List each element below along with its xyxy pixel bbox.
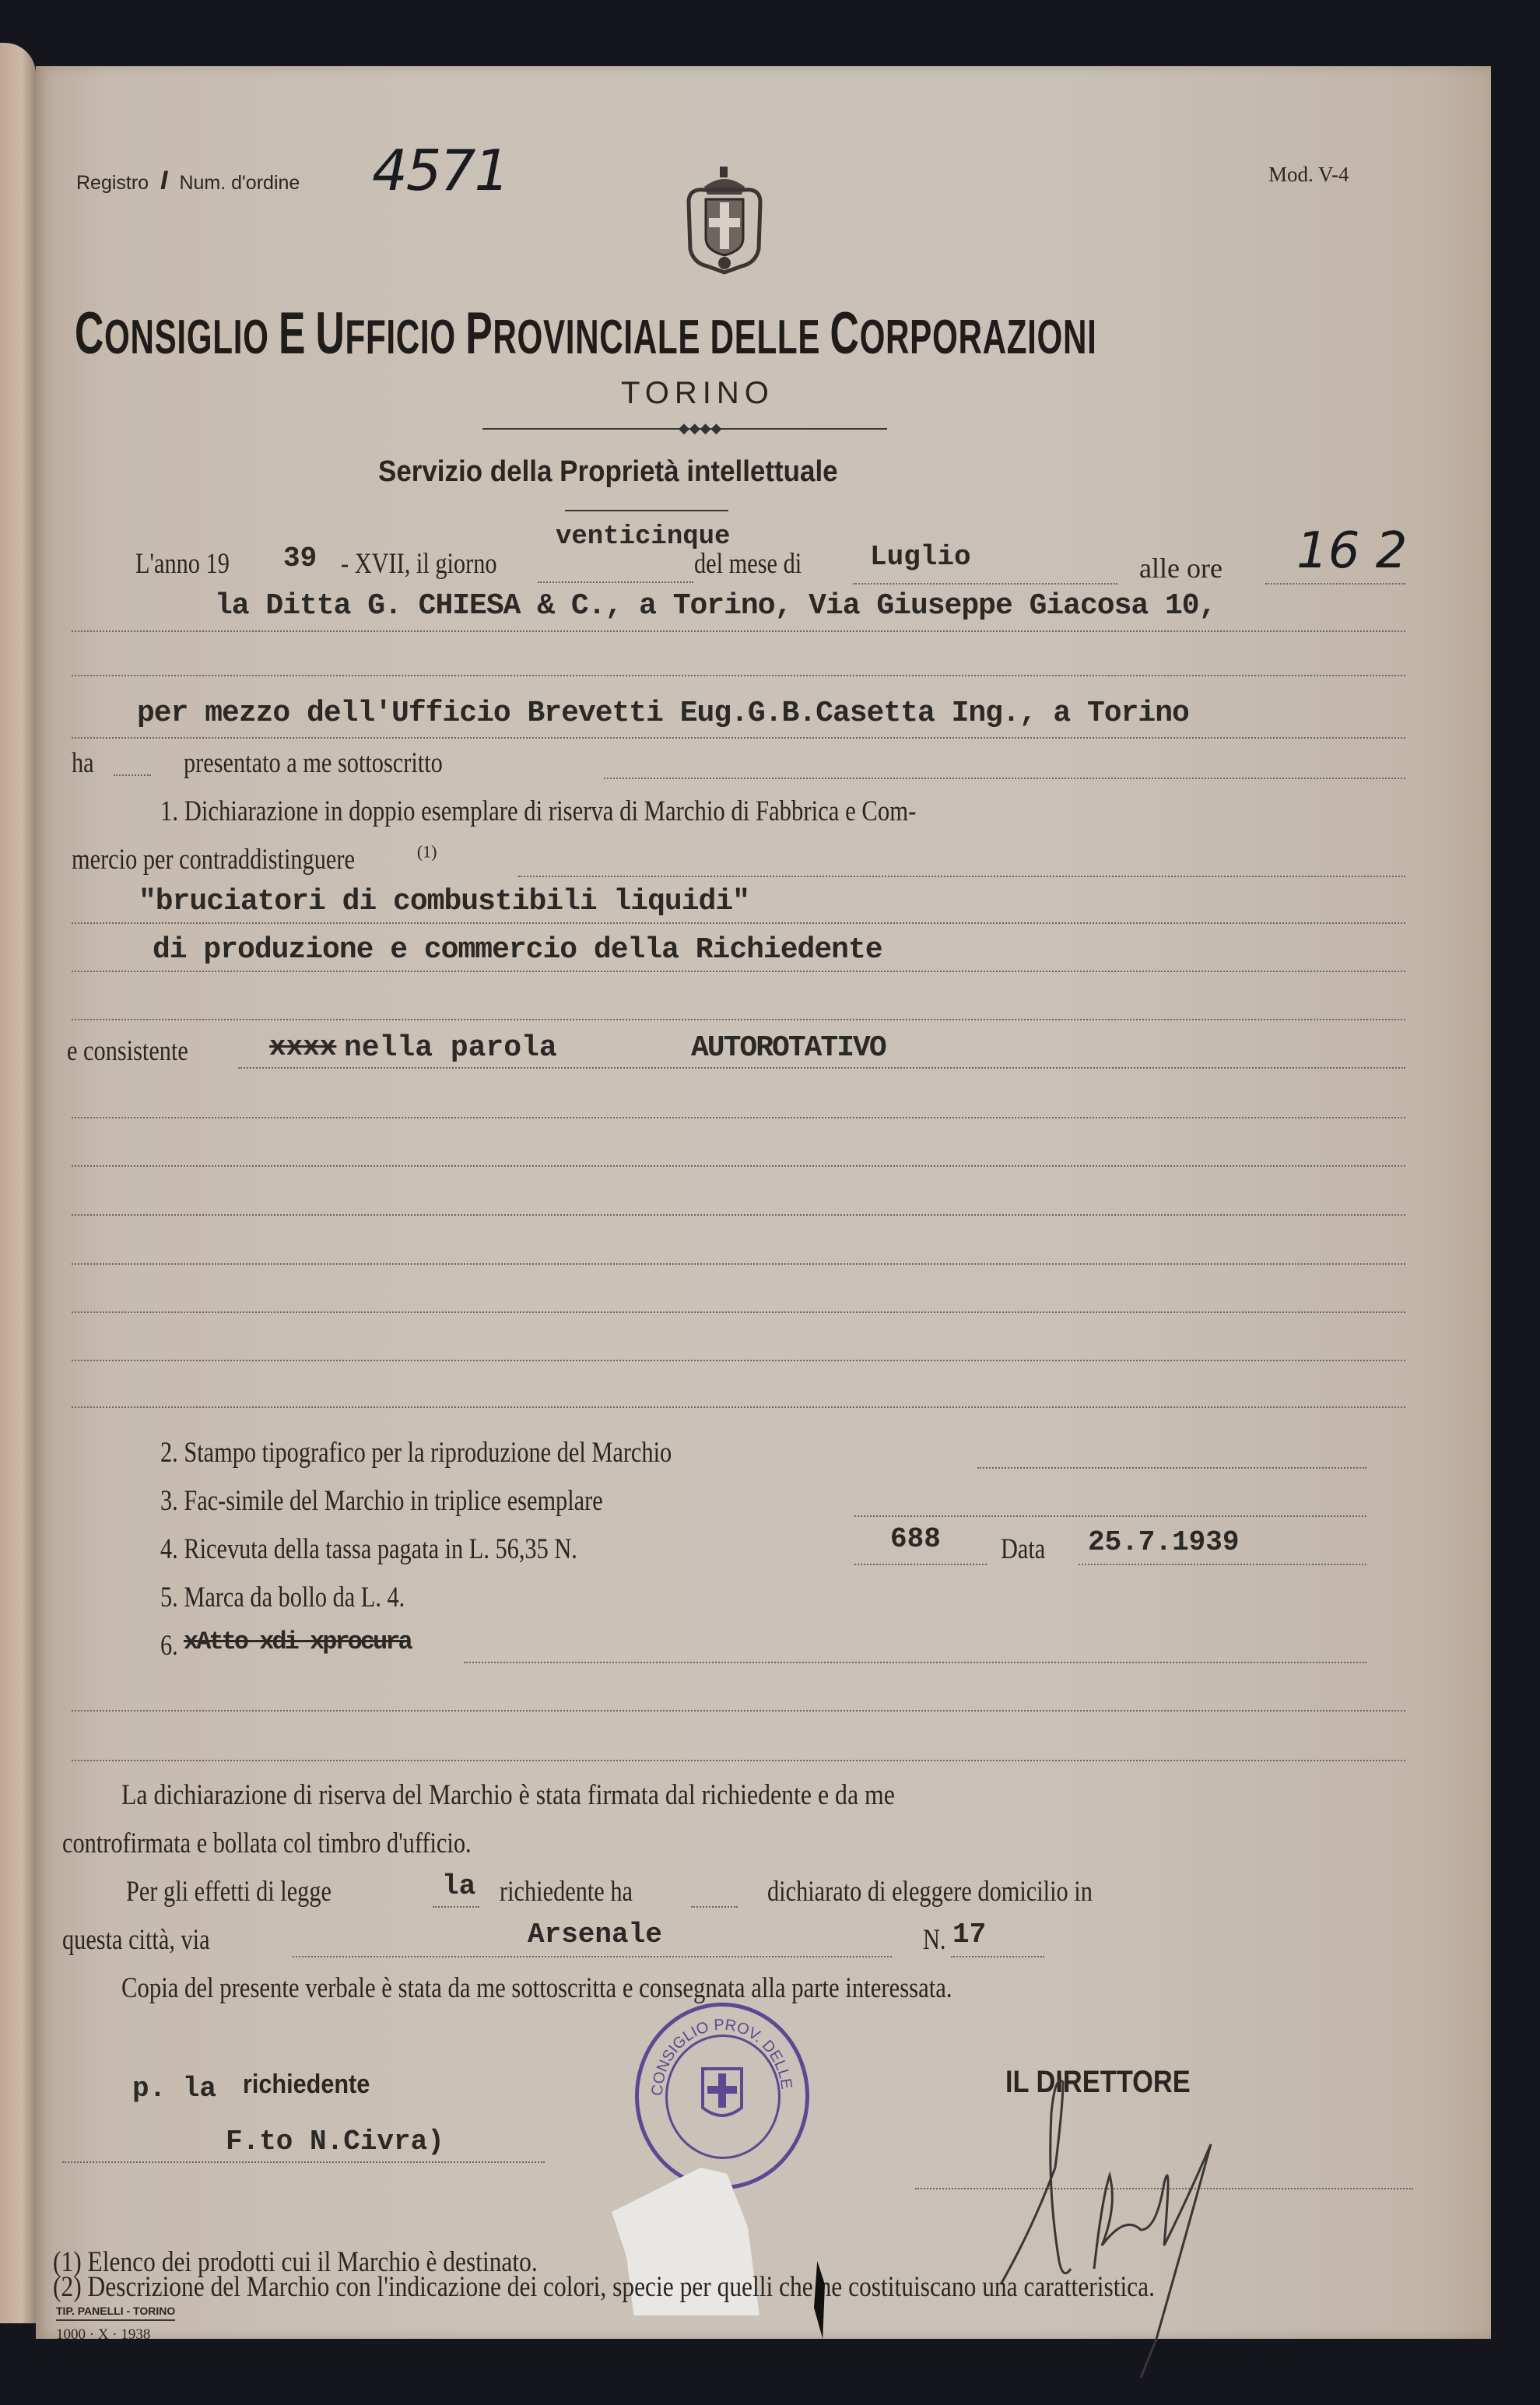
applicant-prefix: p. la <box>132 2073 216 2105</box>
blank-line-6 <box>72 1311 1405 1313</box>
products-line-2: di produzione e commercio della Richiede… <box>153 933 882 967</box>
consistente-field-line <box>238 1067 1405 1069</box>
closing-para-1a: La dichiarazione di riserva del Marchio … <box>121 1775 1021 1812</box>
office-title: CONSIGLIO E UFFICIO PROVINCIALE DELLE CO… <box>75 300 1097 367</box>
registro-label-text: Registro <box>76 172 149 194</box>
applicant-label: richiedente <box>243 2070 370 2100</box>
ornament-diamonds-icon: ◆◆◆◆ <box>679 420 721 437</box>
registro-label: Registro I Num. d'ordine <box>76 166 300 196</box>
blank-line-5 <box>72 1263 1405 1265</box>
ditta-field-line <box>72 630 1405 632</box>
presentato-text: presentato a me sottoscritto <box>184 743 500 780</box>
ditta-value: la Ditta G. CHIESA & C., a Torino, Via G… <box>215 589 1216 623</box>
footnote-ref-1: (1) <box>417 842 437 862</box>
item-3-field-line <box>854 1515 1366 1517</box>
item-4-data-label: Data <box>1001 1529 1055 1566</box>
street-value: Arsenale <box>528 1919 662 1950</box>
item-6-label: 6. <box>160 1626 182 1662</box>
blank-line-7 <box>72 1360 1405 1361</box>
document-page: Registro I Num. d'ordine 4571 Mod. V-4 C… <box>36 66 1491 2339</box>
left-page-edge <box>0 43 36 2323</box>
products-field-line-3 <box>72 1019 1405 1020</box>
ore-field-line <box>1265 583 1405 585</box>
item-4: 4. Ricevuta della tassa pagata in L. 56,… <box>160 1529 668 1566</box>
anno-value: 39 <box>283 542 317 574</box>
blank-line-4 <box>72 1214 1405 1216</box>
products-line-1: "bruciatori di combustibili liquidi" <box>139 885 749 918</box>
closing-para-2b: questa città, via <box>62 1920 242 1957</box>
date-line: L'anno 19 <box>135 544 250 581</box>
products-field-line-2 <box>72 971 1405 972</box>
closing-para-3: Copia del presente verbale è stata da me… <box>121 1968 1122 2005</box>
ha-field-line <box>114 774 151 776</box>
svg-text:CONSIGLIO PROV. DELLE CORPORAZ: CONSIGLIO PROV. DELLE CORPORAZIONI - TOR… <box>639 2007 795 2096</box>
consistente-value: nella parola <box>344 1031 557 1065</box>
model-number: Mod. V-4 <box>1268 163 1349 187</box>
richiedente-ha: richiedente ha <box>500 1872 662 1908</box>
contraddistinguere-field-line <box>518 876 1405 877</box>
era-label: - XVII, il giorno <box>341 544 531 581</box>
blank-line-3 <box>72 1165 1405 1167</box>
service-title: Servizio della Proprietà intellettuale <box>378 455 838 489</box>
num-ordine-value: 4571 <box>372 138 508 203</box>
applicant-signature: F.to N.Civra) <box>226 2126 444 2157</box>
civic-number-value: 17 <box>952 1919 986 1950</box>
mese-field-line <box>853 583 1117 585</box>
item-1-declaration: 1. Dichiarazione in doppio esemplare di … <box>160 792 1071 828</box>
mezzo-value: per mezzo dell'Ufficio Brevetti Eug.G.B.… <box>137 697 1189 730</box>
item-4-number: 688 <box>890 1523 941 1555</box>
la-value: la <box>442 1870 475 1902</box>
item-4-date: 25.7.1939 <box>1088 1526 1239 1558</box>
official-stamp: CONSIGLIO PROV. DELLE CORPORAZIONI - TOR… <box>635 2003 809 2189</box>
blank-line-1 <box>72 675 1405 676</box>
civic-number-label: N. <box>923 1920 951 1957</box>
products-field-line-1 <box>72 922 1405 924</box>
blank-line-9 <box>72 1710 1405 1712</box>
item-1-continuation: mercio per contraddistinguere(1) <box>72 840 437 876</box>
item-6-struck: xAtto xdi xprocura <box>184 1627 411 1656</box>
dichiarato-text: dichiarato di eleggere domicilio in <box>767 1872 1164 1908</box>
ore-label: alle ore <box>1139 552 1223 585</box>
presentato-field-line <box>604 778 1405 779</box>
num-ordine-label: Num. d'ordine <box>179 172 300 194</box>
mese-label: del mese di <box>694 544 826 581</box>
ha-label: ha <box>72 743 99 780</box>
mese-value: Luglio <box>870 541 971 573</box>
item-2: 2. Stampo tipografico per la riproduzion… <box>160 1433 784 1469</box>
giorno-field-line <box>538 581 693 583</box>
blank-line-10 <box>72 1760 1405 1761</box>
item-2-field-line <box>977 1467 1366 1469</box>
item-3: 3. Fac-simile del Marchio in triplice es… <box>160 1481 700 1518</box>
ore-value: 16 2 <box>1296 522 1408 580</box>
director-signature-icon <box>985 2074 1281 2386</box>
coat-of-arms-icon <box>678 163 771 280</box>
closing-para-1b: controfirmata e bollata col timbro d'uff… <box>62 1824 561 1860</box>
item-6-field-line <box>464 1662 1366 1663</box>
printer-credit: TIP. PANELLI - TORINO <box>56 2305 175 2321</box>
city-name: TORINO <box>621 376 774 411</box>
la-field-line <box>433 1906 479 1908</box>
civic-number-line <box>951 1956 1044 1957</box>
registro-value: I <box>160 166 167 195</box>
item-5: 5. Marca da bollo da L. 4. <box>160 1578 458 1614</box>
blank-line-8 <box>72 1406 1405 1408</box>
consistente-label: e consistente <box>67 1031 215 1068</box>
mezzo-field-line <box>72 737 1405 739</box>
footnote-2: (2) Descrizione del Marchio con l'indica… <box>53 2270 1349 2304</box>
blank-line-2 <box>72 1117 1405 1118</box>
applicant-signature-line <box>62 2161 545 2163</box>
print-run: 1000 · X · 1938 <box>56 2326 150 2344</box>
street-field-line <box>293 1956 892 1957</box>
short-divider <box>565 510 728 511</box>
consistente-struck: xxxx <box>269 1031 336 1063</box>
item-4-number-line <box>854 1564 987 1565</box>
mark-word: AUTOROTATIVO <box>691 1031 886 1065</box>
closing-para-2a: Per gli effetti di legge <box>126 1872 377 1908</box>
item-4-date-line <box>1079 1564 1366 1565</box>
ha-dichiarato-line <box>691 1906 738 1908</box>
stamp-emblem-icon: CONSIGLIO PROV. DELLE CORPORAZIONI - TOR… <box>639 2007 805 2186</box>
